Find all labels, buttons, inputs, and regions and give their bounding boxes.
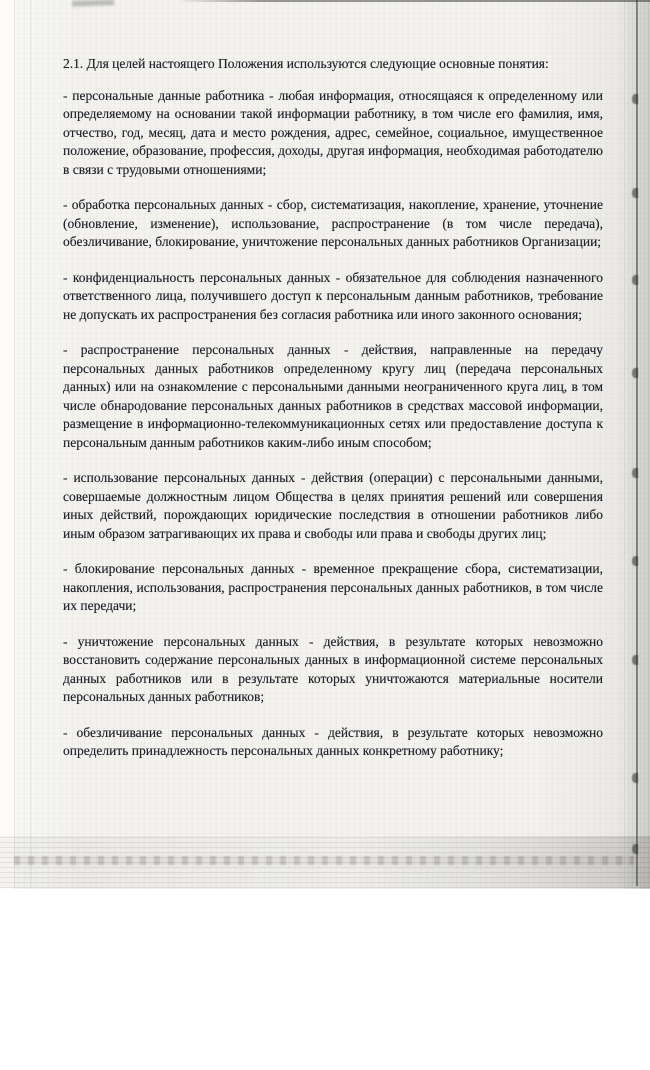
scan-left-margin-strip	[0, 0, 15, 889]
scan-edge-notch	[632, 468, 638, 478]
paper-sheet: 2.1. Для целей настоящего Положения испо…	[0, 0, 650, 889]
scan-right-shadow-band	[620, 0, 650, 889]
document-text-block: 2.1. Для целей настоящего Положения испо…	[63, 55, 603, 778]
scan-top-smudge	[72, 0, 114, 7]
scan-edge-notch	[632, 368, 638, 378]
scan-right-edge-line	[636, 0, 638, 886]
definition-use: - использование персональных данных - де…	[63, 469, 603, 543]
definition-dissemination: - распространение персональных данных - …	[63, 341, 603, 452]
scan-vertical-streak	[30, 0, 32, 889]
scan-edge-notch	[632, 94, 638, 104]
scan-edge-notch	[632, 556, 638, 566]
scan-edge-notch	[632, 275, 638, 285]
scanned-page-screenshot: 2.1. Для целей настоящего Положения испо…	[0, 0, 650, 1070]
scan-edge-notch	[632, 188, 638, 198]
section-heading: 2.1. Для целей настоящего Положения испо…	[63, 55, 603, 74]
scan-edge-notch	[632, 655, 638, 665]
definition-destruction: - уничтожение персональных данных - дейс…	[63, 633, 603, 707]
definition-confidentiality: - конфиденциальность персональных данных…	[63, 269, 603, 325]
scan-bottom-dark-streak	[14, 856, 634, 865]
definition-personal-data: - персональные данные работника - любая …	[63, 87, 603, 180]
scan-top-edge-line	[175, 0, 650, 2]
definition-blocking: - блокирование персональных данных - вре…	[63, 560, 603, 616]
scan-edge-notch	[632, 773, 638, 783]
definition-processing: - обработка персональных данных - сбор, …	[63, 196, 603, 252]
definition-depersonalization: - обезличивание персональных данных - де…	[63, 724, 603, 761]
